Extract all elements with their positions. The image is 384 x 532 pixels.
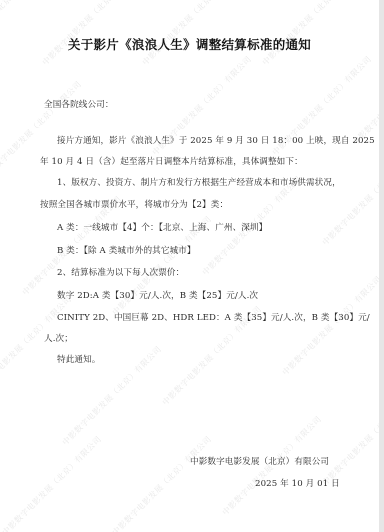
paragraph-line: 年 10 月 4 日（含）起至落片日调整本片结算标准，具体调整如下： [40,155,303,167]
paragraph-line: 1、版权方、投资方、制片方和发行方根据生产经营成本和市场供需状况， [57,176,341,188]
watermark-text: 中影数字电影发展（北京）有限公司 [0,0,44,68]
document-page: 中影数字电影发展（北京）有限公司 中影数字电影发展（北京）有限公司 中影数字电影… [0,0,379,532]
paragraph-line: CINITY 2D、中国巨幕 2D、HDR LED：A 类【35】元/人.次，B… [57,311,370,323]
watermark-text: 中影数字电影发展（北京）有限公司 [140,0,244,68]
paragraph-line: A 类：一线城市【4】个：【北京、上海、广州、深圳】 [57,221,267,233]
watermark-text: 中影数字电影发展（北京）有限公司 [280,274,379,378]
watermark-text: 中影数字电影发展（北京）有限公司 [350,44,379,148]
paragraph-line: 按照全国各城市票价水平，将城市分为【2】类： [40,198,228,210]
signature-company: 中影数字电影发展（北京）有限公司 [190,455,329,467]
watermark-text: 中影数字电影发展（北京）有限公司 [320,144,379,248]
paragraph-line: 数字 2D:A 类【30】元/人.次，B 类【25】元/人.次 [57,289,258,301]
watermark-text: 中影数字电影发展（北京）有限公司 [320,384,379,488]
paragraph-line: 接片方通知，影片《浪浪人生》于 2025 年 9 月 30 日 18：00 上映… [57,134,375,146]
watermark-text: 中影数字电影发展（北京）有限公司 [0,79,84,183]
signature-date: 2025 年 10 月 01 日 [255,477,340,489]
paragraph-line: 人.次； [44,332,73,344]
watermark-text: 中影数字电影发展（北京）有限公司 [0,294,74,398]
paragraph-line: 2、结算标准为以下每人次票价： [57,266,184,278]
closing-line: 特此通知。 [57,353,100,365]
salutation: 全国各院线公司： [44,98,114,110]
watermark-text: 中影数字电影发展（北京）有限公司 [110,434,214,532]
watermark-text: 中影数字电影发展（北京）有限公司 [40,0,144,68]
watermark-text: 中影数字电影发展（北京）有限公司 [0,434,104,532]
watermark-text: 中影数字电影发展（北京）有限公司 [260,0,364,68]
document-title: 关于影片《浪浪人生》调整结算标准的通知 [0,35,379,53]
scrollbar-track[interactable] [379,0,384,532]
paragraph-line: B 类：【除 A 类城市外的其它城市】 [57,244,196,256]
